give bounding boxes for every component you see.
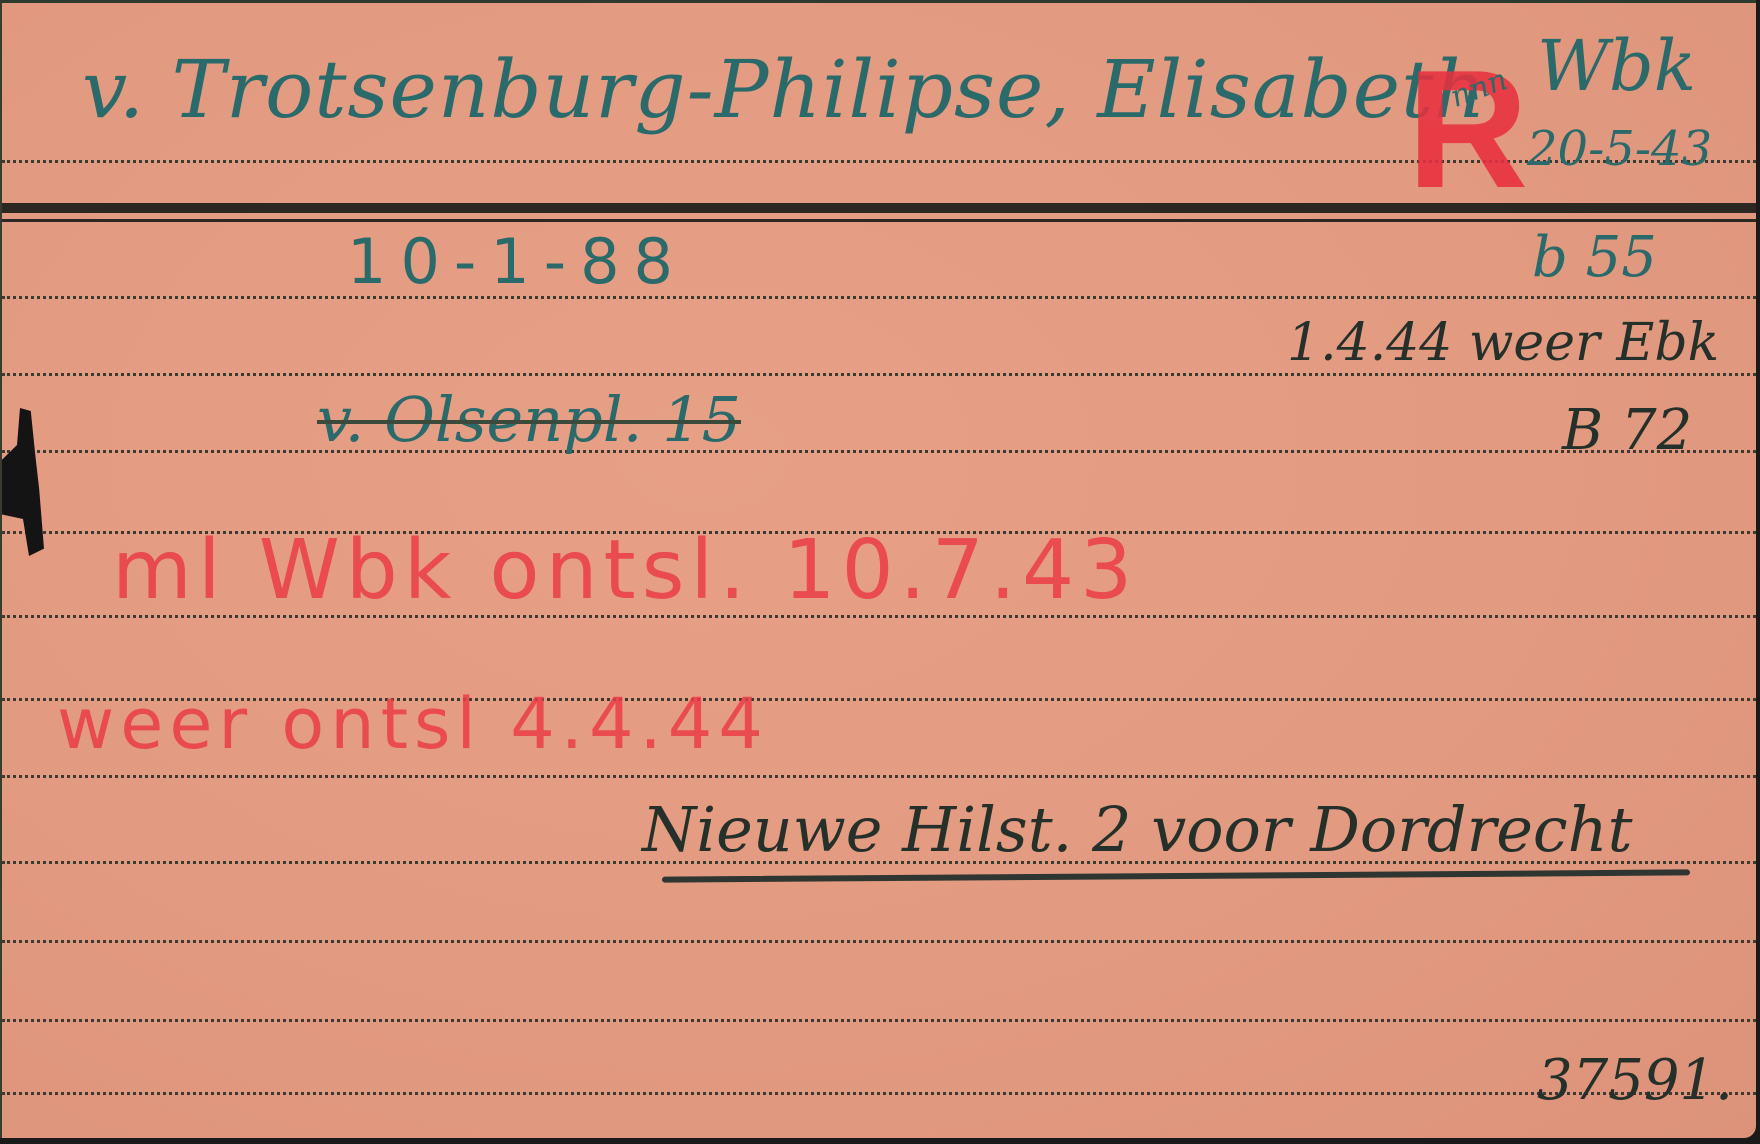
department-code: Wbk	[1537, 25, 1696, 107]
note-weer-ebk: 1.4.44 weer Ebk	[1287, 313, 1719, 373]
note-b55: b 55	[1532, 225, 1657, 290]
address-underline	[662, 869, 1690, 882]
struck-address: v. Olsenpl. 15	[317, 383, 741, 456]
ruled-line	[2, 1019, 1756, 1022]
ruled-line	[2, 940, 1756, 943]
name-line: v. Trotsenburg-Philipse, Elisabeth	[82, 43, 1487, 136]
ruled-line	[2, 775, 1756, 778]
registration-card: v. Trotsenburg-Philipse, Elisabeth R nnn…	[0, 0, 1756, 1138]
birth-date: 10-1-88	[347, 225, 687, 298]
r-stamp: R	[1407, 45, 1528, 213]
new-address: Nieuwe Hilst. 2 voor Dordrecht	[642, 793, 1633, 866]
ruled-line	[2, 1092, 1756, 1095]
card-number: 37591.	[1537, 1048, 1733, 1113]
red-note-dismissal: ml Wbk ontsl. 10.7.43	[112, 523, 1138, 618]
ruled-line	[2, 296, 1756, 299]
ruled-line	[2, 450, 1756, 453]
note-b72: B 72	[1562, 398, 1692, 463]
ruled-line	[2, 373, 1756, 376]
red-note-redismissal: weer ontsl 4.4.44	[57, 683, 769, 765]
registration-date: 20-5-43	[1527, 121, 1712, 177]
